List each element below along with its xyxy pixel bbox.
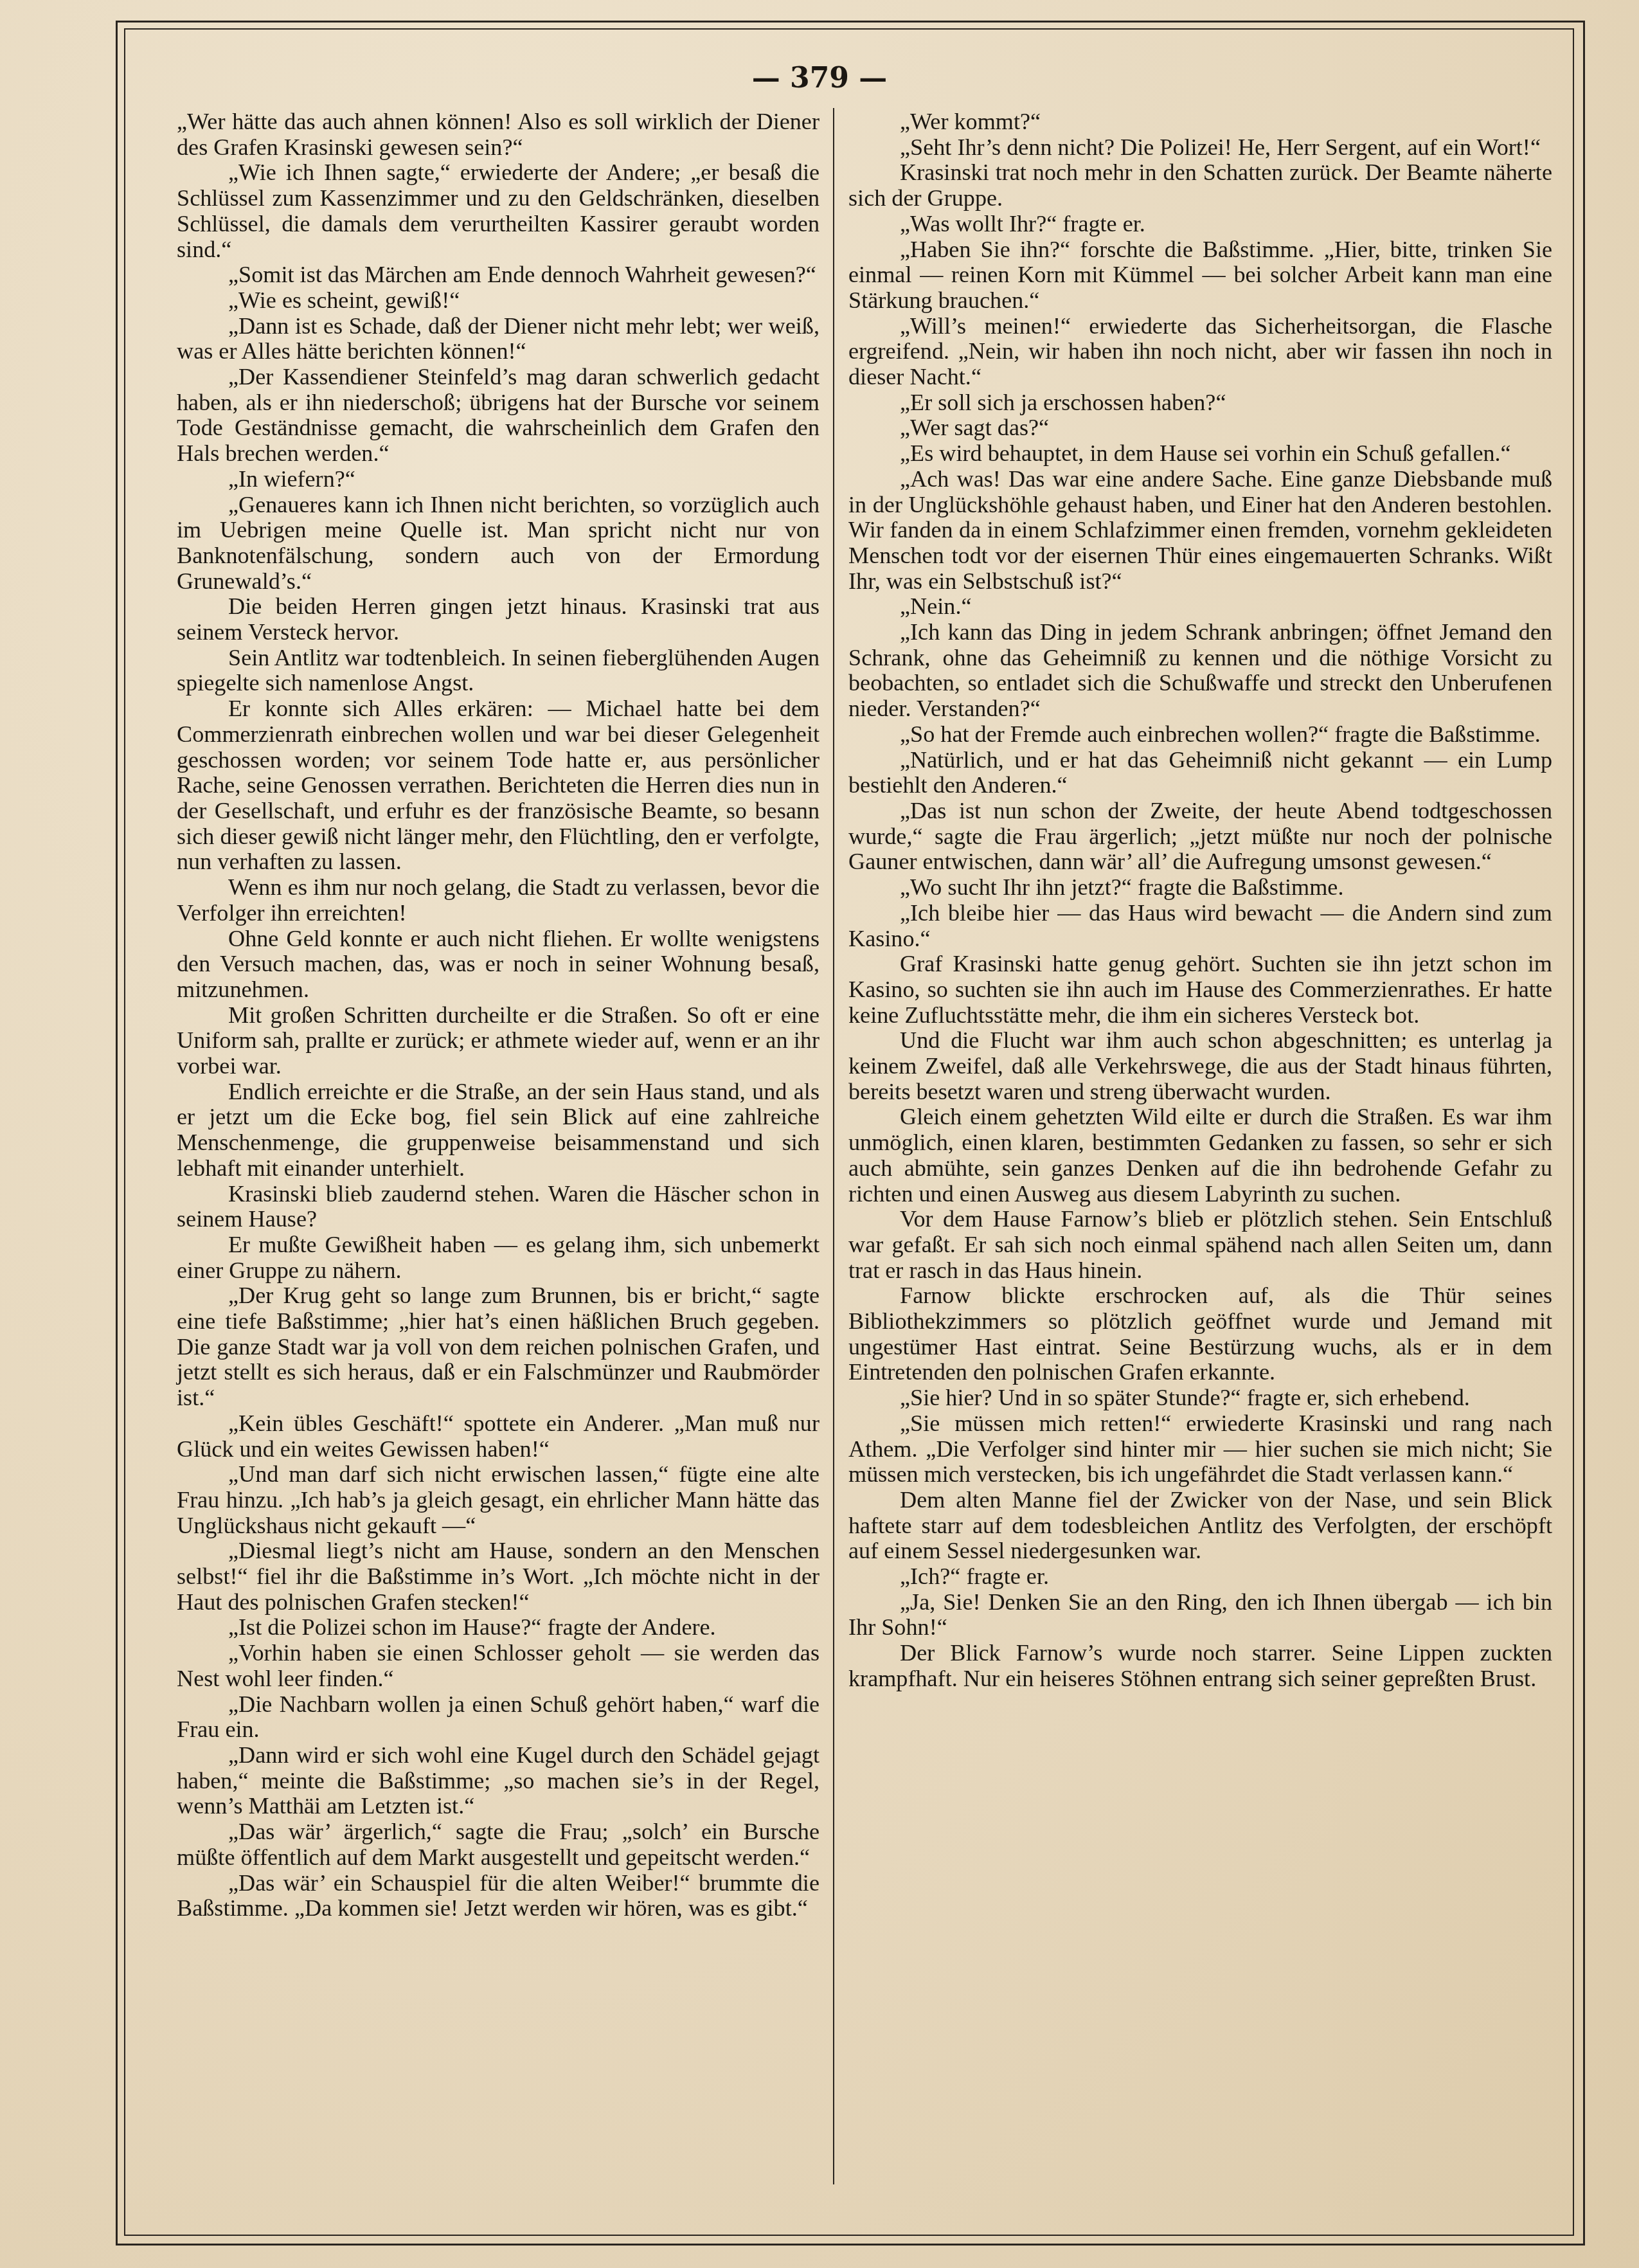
paragraph: Vor dem Hause Farnow’s blieb er plötzlic… (848, 1207, 1552, 1283)
paragraph: Krasinski trat noch mehr in den Schatten… (848, 160, 1552, 211)
paragraph: „Was wollt Ihr?“ fragte er. (848, 212, 1552, 237)
paragraph: Mit großen Schritten durcheilte er die S… (177, 1003, 819, 1079)
paragraph: „Ich bleibe hier — das Haus wird bewacht… (848, 901, 1552, 951)
paragraph: Die beiden Herren gingen jetzt hinaus. K… (177, 594, 819, 645)
paragraph: „Ich?“ fragte er. (848, 1564, 1552, 1590)
paragraph: „Dann wird er sich wohl eine Kugel durch… (177, 1743, 819, 1819)
paragraph: „Wie es scheint, gewiß!“ (177, 288, 819, 314)
paragraph: „Das ist nun schon der Zweite, der heute… (848, 798, 1552, 875)
left-column: „Wer hätte das auch ahnen können! Also e… (177, 109, 819, 1922)
paragraph: „Seht Ihr’s denn nicht? Die Polizei! He,… (848, 135, 1552, 161)
paragraph: „In wiefern?“ (177, 467, 819, 492)
paragraph: „Sie müssen mich retten!“ erwiederte Kra… (848, 1411, 1552, 1488)
paragraph: „Wer sagt das?“ (848, 415, 1552, 441)
paragraph: „Der Kassendiener Steinfeld’s mag daran … (177, 364, 819, 467)
paragraph: „Ja, Sie! Denken Sie an den Ring, den ic… (848, 1590, 1552, 1641)
paragraph: „So hat der Fremde auch einbrechen wolle… (848, 722, 1552, 748)
column-divider (833, 108, 834, 2184)
paragraph: Er mußte Gewißheit haben — es gelang ihm… (177, 1232, 819, 1283)
paragraph: „Haben Sie ihn?“ forschte die Baßstimme.… (848, 237, 1552, 314)
paragraph: „Und man darf sich nicht erwischen lasse… (177, 1462, 819, 1538)
paragraph: „Dann ist es Schade, daß der Diener nich… (177, 314, 819, 364)
paragraph: „Ach was! Das war eine andere Sache. Ein… (848, 467, 1552, 595)
paragraph: „Wo sucht Ihr ihn jetzt?“ fragte die Baß… (848, 875, 1552, 901)
paragraph: „Sie hier? Und in so später Stunde?“ fra… (848, 1385, 1552, 1411)
paragraph: Er konnte sich Alles erkären: — Michael … (177, 696, 819, 875)
paragraph: „Das wär’ ärgerlich,“ sagte die Frau; „s… (177, 1819, 819, 1870)
paragraph: „Will’s meinen!“ erwiederte das Sicherhe… (848, 314, 1552, 390)
paragraph: Wenn es ihm nur noch gelang, die Stadt z… (177, 875, 819, 926)
paragraph: Dem alten Manne fiel der Zwicker von der… (848, 1488, 1552, 1564)
paragraph: „Nein.“ (848, 594, 1552, 620)
paragraph: „Es wird behauptet, in dem Hause sei vor… (848, 441, 1552, 467)
paragraph: „Diesmal liegt’s nicht am Hause, sondern… (177, 1538, 819, 1615)
paragraph: „Ich kann das Ding in jedem Schrank anbr… (848, 620, 1552, 722)
right-column: „Wer kommt?“„Seht Ihr’s denn nicht? Die … (848, 109, 1552, 1692)
paragraph: Ohne Geld konnte er auch nicht fliehen. … (177, 926, 819, 1003)
paragraph: Sein Antlitz war todtenbleich. In seinen… (177, 645, 819, 696)
paragraph: „Kein übles Geschäft!“ spottete ein Ande… (177, 1411, 819, 1462)
paragraph: „Wer hätte das auch ahnen können! Also e… (177, 109, 819, 160)
paragraph: „Er soll sich ja erschossen haben?“ (848, 390, 1552, 416)
paragraph: Der Blick Farnow’s wurde noch starrer. S… (848, 1641, 1552, 1691)
paragraph: „Wie ich Ihnen sagte,“ erwiederte der An… (177, 160, 819, 262)
paragraph: Farnow blickte erschrocken auf, als die … (848, 1283, 1552, 1385)
paragraph: „Natürlich, und er hat das Geheimniß nic… (848, 748, 1552, 798)
paragraph: „Der Krug geht so lange zum Brunnen, bis… (177, 1283, 819, 1411)
paragraph: „Das wär’ ein Schauspiel für die alten W… (177, 1871, 819, 1922)
paragraph: Graf Krasinski hatte genug gehört. Sucht… (848, 951, 1552, 1028)
paragraph: Endlich erreichte er die Straße, an der … (177, 1079, 819, 1182)
paragraph: „Vorhin haben sie einen Schlosser geholt… (177, 1641, 819, 1691)
page-number: — 379 — (0, 62, 1639, 94)
paragraph: „Ist die Polizei schon im Hause?“ fragte… (177, 1615, 819, 1641)
paragraph: Krasinski blieb zaudernd stehen. Waren d… (177, 1182, 819, 1232)
paragraph: „Somit ist das Märchen am Ende dennoch W… (177, 262, 819, 288)
paragraph: „Genaueres kann ich Ihnen nicht berichte… (177, 492, 819, 595)
paragraph: „Die Nachbarn wollen ja einen Schuß gehö… (177, 1692, 819, 1743)
paragraph: Gleich einem gehetzten Wild eilte er dur… (848, 1104, 1552, 1207)
paragraph: „Wer kommt?“ (848, 109, 1552, 135)
paragraph: Und die Flucht war ihm auch schon abgesc… (848, 1028, 1552, 1104)
